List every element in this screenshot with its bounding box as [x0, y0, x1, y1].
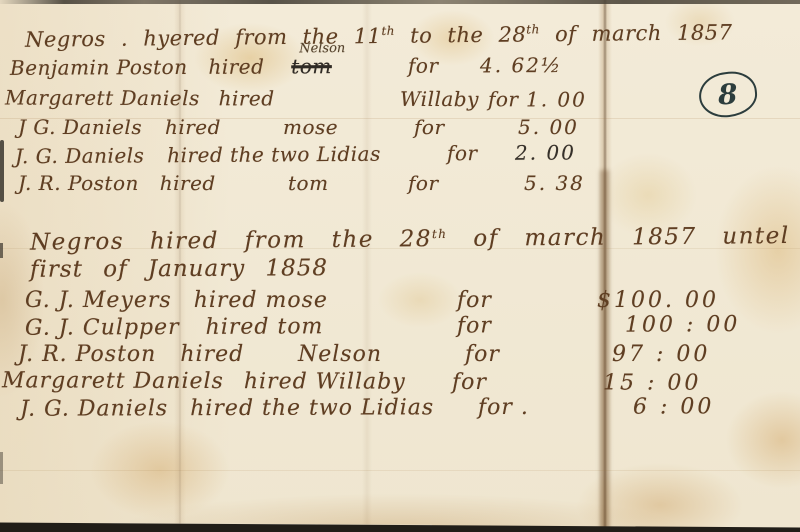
amount-value: 100 : 00	[625, 312, 741, 338]
hire-action: hired the two Lidias	[167, 142, 381, 167]
hire-action: hired mose	[194, 288, 328, 313]
ledger-row: J. G. Daniels hired the two Lidias for 2…	[15, 142, 381, 169]
hired-person: Nelson	[298, 342, 382, 367]
ledger-row: J G. Daniels hired mose for 5. 00	[18, 115, 221, 139]
amount-value: 4. 62½	[480, 53, 562, 77]
lessee-name: Benjamin Poston	[10, 55, 188, 80]
amount-value: 1. 00	[526, 87, 587, 111]
lessee-name: Margarett Daniels	[5, 86, 200, 111]
hire-action: hired	[165, 115, 221, 139]
struck-word: tom	[291, 54, 332, 78]
for-word: for	[488, 87, 519, 111]
top-scan-edge	[0, 0, 800, 4]
hired-person: Willaby	[400, 87, 479, 111]
for-word: for	[457, 288, 492, 313]
superscript-th: th	[432, 227, 448, 241]
ledger-row: J. R. Poston hired tom for 5. 38	[18, 171, 216, 195]
for-word: for	[465, 342, 500, 367]
hire-action: hired the two Lidias	[190, 395, 434, 421]
amount-value: 5. 00	[518, 115, 579, 139]
ledger-row: Benjamin Poston hired tom Nelson for 4. …	[10, 54, 332, 80]
lessee-name: J. G. Daniels	[20, 396, 168, 422]
lessee-name: J. G. Daniels	[15, 143, 145, 168]
for-word: for	[457, 313, 492, 338]
amount-value: 15 : 00	[603, 370, 701, 395]
for-word: for .	[478, 395, 529, 420]
for-word: for	[408, 171, 439, 195]
lessee-name: J G. Daniels	[18, 115, 142, 139]
for-word: for	[414, 115, 445, 139]
superscript-th: th	[526, 22, 540, 36]
lessee-name: G. J. Culpper	[25, 315, 180, 341]
for-word: for	[447, 141, 478, 165]
lessee-name: J. R. Poston	[18, 171, 139, 195]
header-text: Negros hired from the 28	[30, 226, 432, 256]
for-word: for	[408, 54, 439, 78]
hired-person: tom	[288, 171, 329, 195]
ledger-row: Margarett Daniels hired Willaby for 15 :…	[2, 368, 406, 394]
hire-action: hired Willaby	[244, 369, 406, 395]
section1-header-line: Negros . hyered from the 11th to the 28t…	[25, 20, 733, 51]
section2-header-line2: first of January 1858	[30, 255, 328, 283]
page-number-badge: 8	[697, 69, 759, 120]
hire-action: hired	[160, 171, 216, 195]
ledger-row: J. R. Poston hired Nelson for 97 : 00	[18, 342, 244, 367]
hire-action: hired	[208, 55, 264, 79]
manuscript-page: 8 Negros . hyered from the 11th to the 2…	[0, 0, 800, 532]
ledger-row: G. J. Meyers hired mose for $100. 00	[25, 288, 328, 313]
ledger-row: Margarett Daniels hired Willaby for 1. 0…	[5, 86, 275, 111]
hire-action: hired tom	[206, 314, 324, 340]
superscript-th: th	[381, 24, 395, 38]
amount-value: 97 : 00	[612, 342, 710, 367]
left-scan-mark	[0, 140, 4, 202]
lessee-name: Margarett Daniels	[2, 368, 224, 394]
hired-person: mose	[283, 115, 338, 139]
hire-action: hired	[219, 86, 275, 110]
amount-value: 6 : 00	[633, 394, 714, 419]
amount-value: 2. 00	[515, 140, 576, 164]
lessee-name: J. R. Poston	[18, 342, 156, 367]
header-text: to the 28	[395, 22, 526, 47]
header-text: of march 1857	[540, 20, 733, 46]
inserted-word: Nelson	[299, 41, 345, 56]
for-word: for	[452, 370, 487, 395]
ledger-row: J. G. Daniels hired the two Lidias for .…	[20, 395, 434, 421]
fold-crease-middle	[362, 0, 372, 532]
ledger-row: G. J. Culpper hired tom for 100 : 00	[25, 314, 324, 341]
ruled-line	[0, 470, 800, 471]
hire-action: hired	[180, 342, 244, 367]
section2-header-line1: Negros hired from the 28th of march 1857…	[30, 222, 800, 255]
left-scan-mark	[0, 452, 3, 484]
amount-value: 5. 38	[524, 171, 585, 195]
lessee-name: G. J. Meyers	[25, 288, 172, 313]
amount-value: $100. 00	[597, 288, 719, 313]
header-text: of march 1857 untel the	[447, 222, 800, 252]
left-scan-mark	[0, 243, 3, 258]
page-number: 8	[717, 78, 738, 112]
